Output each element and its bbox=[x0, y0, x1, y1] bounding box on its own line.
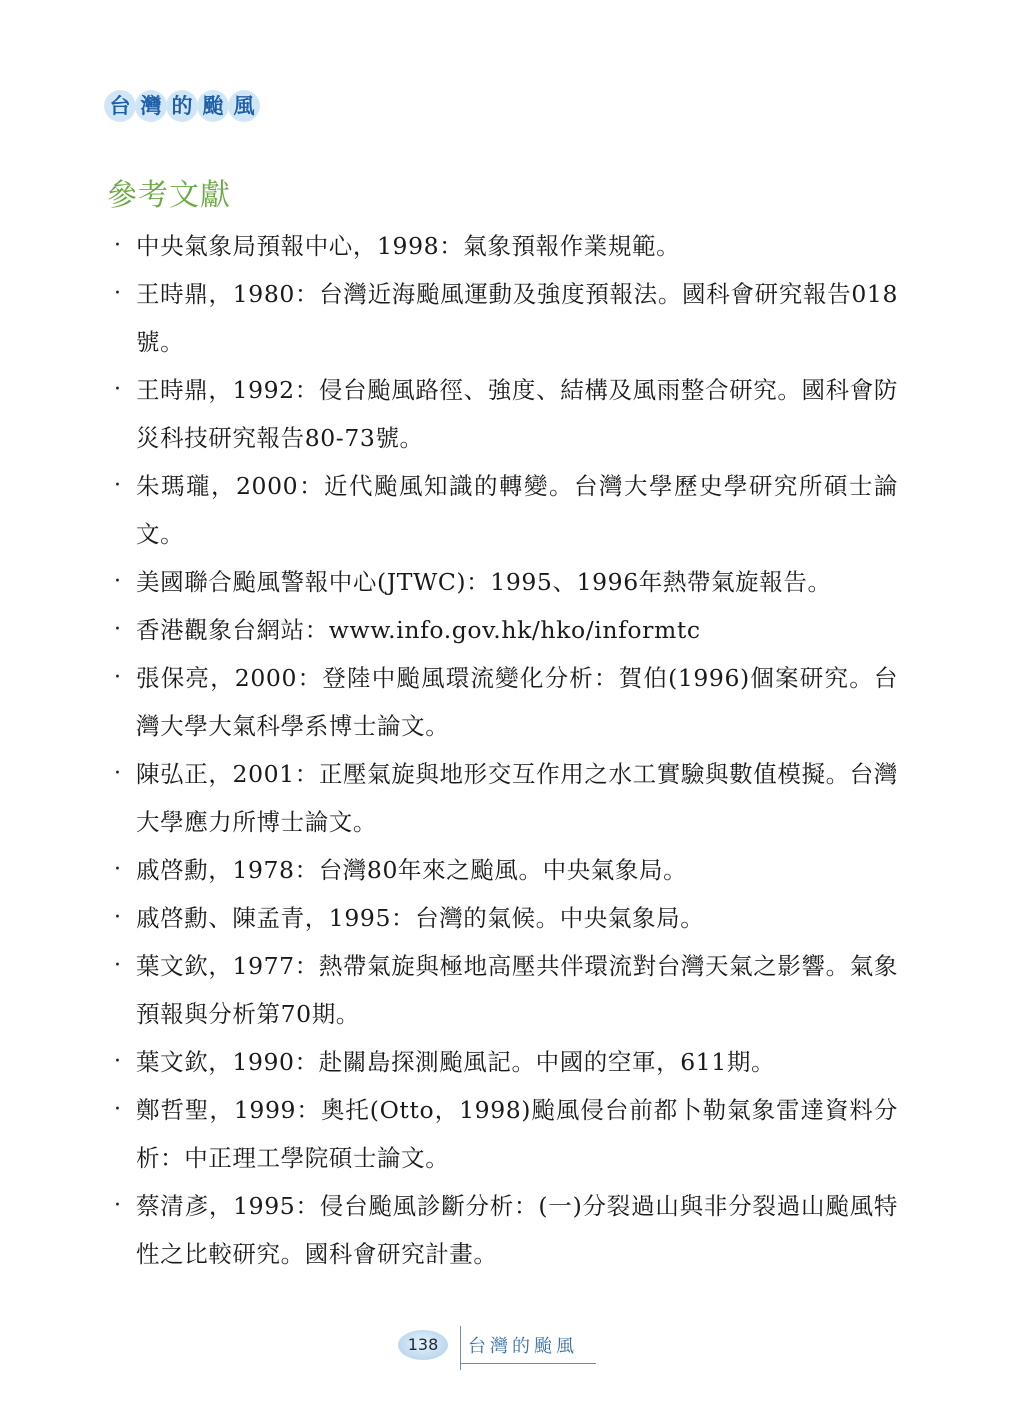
reference-text: 香港觀象台網站：www.info.gov.hk/hko/informtc bbox=[136, 616, 701, 644]
reference-text: 葉文欽，1990：赴關島探測颱風記。中國的空軍，611期。 bbox=[136, 1048, 775, 1076]
reference-list: ·中央氣象局預報中心，1998：氣象預報作業規範。 ·王時鼎，1980：台灣近海… bbox=[108, 222, 898, 1278]
reference-text: 鄭哲聖，1999：奧托(Otto，1998)颱風侵台前都卜勒氣象雷達資料分析：中… bbox=[136, 1096, 898, 1172]
reference-item: ·鄭哲聖，1999：奧托(Otto，1998)颱風侵台前都卜勒氣象雷達資料分析：… bbox=[108, 1086, 898, 1182]
page-number: 138 bbox=[398, 1330, 448, 1360]
reference-item: ·戚啓勳、陳孟青，1995：台灣的氣候。中央氣象局。 bbox=[108, 894, 898, 942]
reference-text: 陳弘正，2001：正壓氣旋與地形交互作用之水工實驗與數值模擬。台灣大學應力所博士… bbox=[136, 760, 898, 836]
reference-item: ·葉文欽，1990：赴關島探測颱風記。中國的空軍，611期。 bbox=[108, 1038, 898, 1086]
bullet-icon: · bbox=[114, 846, 122, 894]
footer-underline bbox=[460, 1363, 596, 1364]
reference-text: 張保亮，2000：登陸中颱風環流變化分析：賀伯(1996)個案研究。台灣大學大氣… bbox=[136, 664, 898, 740]
header-char: 灣 bbox=[135, 90, 167, 122]
reference-text: 戚啓勳，1978：台灣80年來之颱風。中央氣象局。 bbox=[136, 856, 687, 884]
header-char: 的 bbox=[166, 90, 198, 122]
reference-text: 王時鼎，1980：台灣近海颱風運動及強度預報法。國科會研究報告018號。 bbox=[136, 280, 898, 356]
reference-item: ·朱瑪瓏，2000：近代颱風知識的轉變。台灣大學歷史學研究所碩士論文。 bbox=[108, 462, 898, 558]
header-char: 風 bbox=[228, 90, 260, 122]
reference-text: 中央氣象局預報中心，1998：氣象預報作業規範。 bbox=[136, 232, 680, 260]
reference-item: ·張保亮，2000：登陸中颱風環流變化分析：賀伯(1996)個案研究。台灣大學大… bbox=[108, 654, 898, 750]
reference-item: ·王時鼎，1980：台灣近海颱風運動及強度預報法。國科會研究報告018號。 bbox=[108, 270, 898, 366]
bullet-icon: · bbox=[114, 222, 122, 270]
bullet-icon: · bbox=[114, 558, 122, 606]
reference-item: ·美國聯合颱風警報中心(JTWC)：1995、1996年熱帶氣旋報告。 bbox=[108, 558, 898, 606]
reference-text: 蔡清彥，1995：侵台颱風診斷分析：(一)分裂過山與非分裂過山颱風特性之比較研究… bbox=[136, 1192, 898, 1268]
bullet-icon: · bbox=[114, 1182, 122, 1230]
reference-text: 戚啓勳、陳孟青，1995：台灣的氣候。中央氣象局。 bbox=[136, 904, 704, 932]
reference-item: ·戚啓勳，1978：台灣80年來之颱風。中央氣象局。 bbox=[108, 846, 898, 894]
running-header: 台 灣 的 颱 風 bbox=[104, 90, 259, 122]
reference-item: ·蔡清彥，1995：侵台颱風診斷分析：(一)分裂過山與非分裂過山颱風特性之比較研… bbox=[108, 1182, 898, 1278]
bullet-icon: · bbox=[114, 654, 122, 702]
reference-item: ·王時鼎，1992：侵台颱風路徑、強度、結構及風雨整合研究。國科會防災科技研究報… bbox=[108, 366, 898, 462]
bullet-icon: · bbox=[114, 606, 122, 654]
reference-text: 朱瑪瓏，2000：近代颱風知識的轉變。台灣大學歷史學研究所碩士論文。 bbox=[136, 472, 898, 548]
bullet-icon: · bbox=[114, 270, 122, 318]
section-title: 參考文獻 bbox=[107, 170, 231, 214]
reference-item: ·葉文欽，1977：熱帶氣旋與極地高壓共伴環流對台灣天氣之影響。氣象預報與分析第… bbox=[108, 942, 898, 1038]
bullet-icon: · bbox=[114, 750, 122, 798]
bullet-icon: · bbox=[114, 462, 122, 510]
bullet-icon: · bbox=[114, 366, 122, 414]
reference-text: 葉文欽，1977：熱帶氣旋與極地高壓共伴環流對台灣天氣之影響。氣象預報與分析第7… bbox=[136, 952, 898, 1028]
page-footer: 138 台灣的颱風 bbox=[398, 1326, 598, 1370]
reference-item: ·香港觀象台網站：www.info.gov.hk/hko/informtc bbox=[108, 606, 898, 654]
bullet-icon: · bbox=[114, 942, 122, 990]
bullet-icon: · bbox=[114, 894, 122, 942]
reference-text: 美國聯合颱風警報中心(JTWC)：1995、1996年熱帶氣旋報告。 bbox=[136, 568, 832, 596]
footer-book-title: 台灣的颱風 bbox=[468, 1332, 578, 1358]
reference-text: 王時鼎，1992：侵台颱風路徑、強度、結構及風雨整合研究。國科會防災科技研究報告… bbox=[136, 376, 898, 452]
bullet-icon: · bbox=[114, 1086, 122, 1134]
header-char: 台 bbox=[104, 90, 136, 122]
reference-item: ·中央氣象局預報中心，1998：氣象預報作業規範。 bbox=[108, 222, 898, 270]
bullet-icon: · bbox=[114, 1038, 122, 1086]
reference-item: ·陳弘正，2001：正壓氣旋與地形交互作用之水工實驗與數值模擬。台灣大學應力所博… bbox=[108, 750, 898, 846]
header-char: 颱 bbox=[197, 90, 229, 122]
